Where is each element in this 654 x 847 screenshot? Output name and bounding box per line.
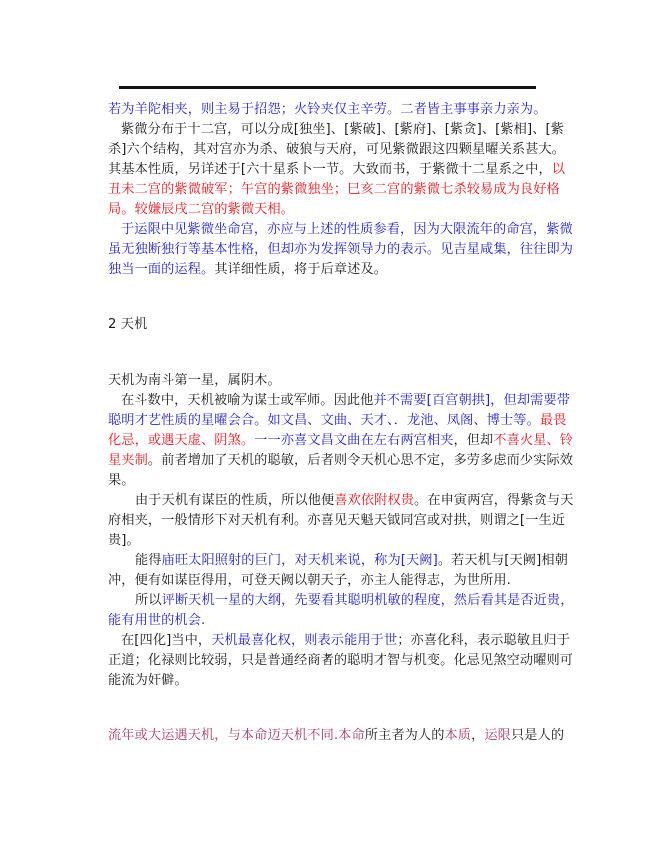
paragraph: 在斗数中，天机被喻为谋士或军师。因此他并不需要[百宫朝拱]，但却需要带聪明才艺性… [108,391,578,491]
text-segment: 只是人的 [511,728,564,743]
paragraph-spacer [108,704,578,713]
text-segment: 能得 [135,553,162,568]
text-segment: 喜欢依附权贵 [334,493,414,508]
text-segment: 其详细性质，将于后章述及。 [214,262,387,277]
text-segment: 流年或大运遇天机，与本命迈天机不同.本命 [108,728,365,743]
page-number: 7 [0,655,654,665]
paragraph: 能得庙旺太阳照射的巨门，对天机来说，称为[天阙]。若天机与[天阙]相朝冲，便有如… [108,551,578,591]
paragraph-spacer [108,349,578,358]
text-segment: 所主者为人的 [365,728,445,743]
text-segment: 一一亦喜文昌文曲在左右两宫相夹 [254,433,453,448]
paragraph: 所以评断天机一星的大纲，先要看其聪明机敏的程度，然后看其是否近贵，能有用世的机会… [108,591,578,631]
document-page: 若为羊陀相夹，则主易于招怨；火铃夹仅主辛劳。二者皆主事事亲力亲为。紫微分布于十二… [0,0,654,847]
paragraph: 由于天机有谋臣的性质，所以他便喜欢依附权贵。在申寅两宫，得紫贪与天府相夹，一般情… [108,491,578,551]
paragraph: 流年或大运遇天机，与本命迈天机不同.本命所主者为人的本质，运限只是人的 [108,726,578,746]
text-segment: 所以 [135,593,162,608]
paragraph: 于运限中见紫微坐命宫，亦应与上述的性质参看，因为大限流年的命宫，紫微虽无独断独行… [108,220,578,280]
text-segment: 由于天机有谋臣的性质，所以他便 [135,493,334,508]
body-text: 若为羊陀相夹，则主易于招怨；火铃夹仅主辛劳。二者皆主事事亲力亲为。紫微分布于十二… [108,100,578,746]
text-segment: 若为羊陀相夹，则主易于招怨；火铃夹仅主辛劳。二者皆主事事亲力亲为。 [108,102,546,117]
text-segment: 运限 [484,728,511,743]
header-rule [119,86,536,89]
text-segment: 在斗数中，天机被喻为谋士或军师。因此他 [121,393,373,408]
text-segment: ， [471,728,484,743]
paragraph: 2 天机 [108,315,578,335]
paragraph: 若为羊陀相夹，则主易于招怨；火铃夹仅主辛劳。二者皆主事事亲力亲为。 [108,100,578,120]
text-segment: 天机最喜化权，则表示能用于世 [211,633,397,648]
paragraph-spacer [108,293,578,302]
text-segment: 紫微分布于十二宫，可以分成[独坐]、[紫破]、[紫府]、[紫贪]、[紫相]、[紫… [108,122,565,177]
text-segment: 天机为南斗第一星，属阴木。 [108,373,281,388]
text-segment: 庙旺太阳照射的巨门，对天机来说，称为[天阙] [162,553,438,568]
text-segment: 在[四化]当中， [121,633,211,648]
paragraph: 天机为南斗第一星，属阴木。 [108,371,578,391]
text-segment: 。前者增加了天机的聪敏，后者则令天机心思不定，多劳多虑而少实际效果。 [108,453,573,488]
text-segment: ，但却 [453,433,493,448]
text-segment: 2 天机 [108,317,147,332]
text-segment: 评断天机一星的大纲，先要看其聪明机敏的程度，然后看其是否近贵，能有用世的机会. [108,593,574,628]
text-segment: 本质 [445,728,472,743]
paragraph: 紫微分布于十二宫，可以分成[独坐]、[紫破]、[紫府]、[紫贪]、[紫相]、[紫… [108,120,578,220]
